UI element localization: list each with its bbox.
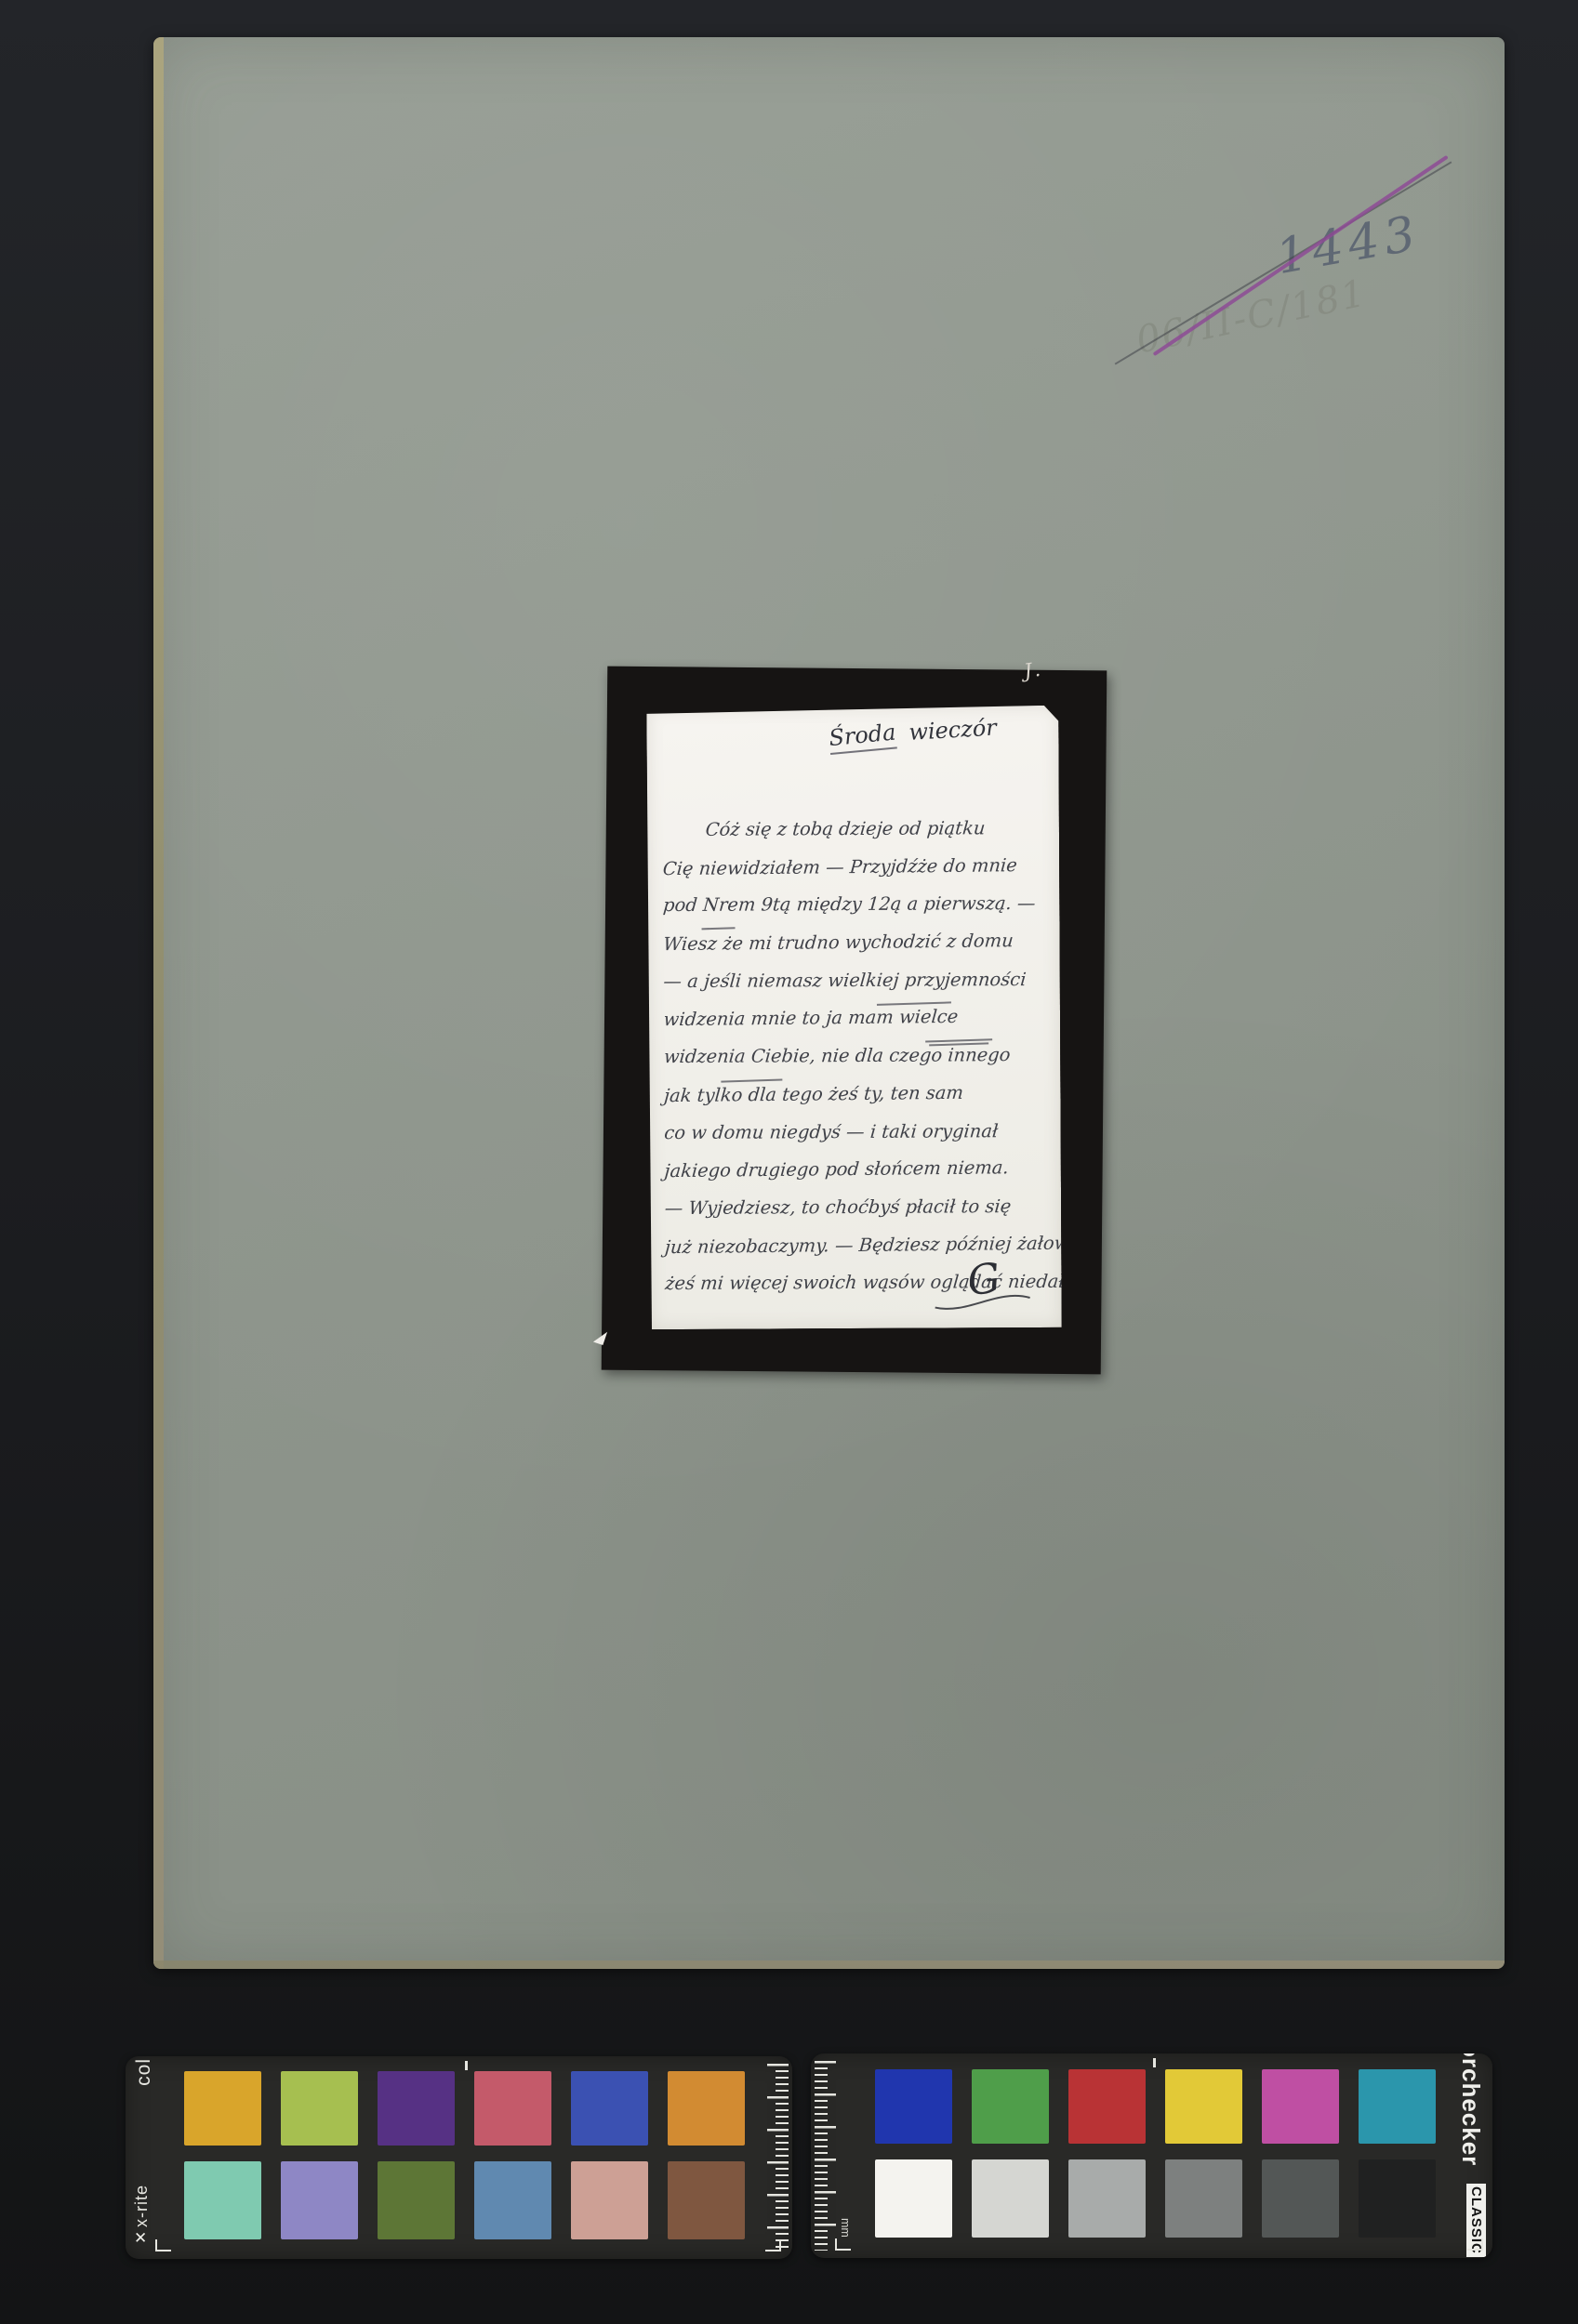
- letter-line: Cóż się z tobą dzieje od piątku: [660, 817, 1054, 857]
- letter-line: jakiego drugiego pod słońcem niema.: [662, 1156, 1056, 1198]
- color-patch: [1068, 2159, 1146, 2238]
- letter-photo: Środawieczór Cóż się z tobą dzieje od pi…: [646, 706, 1061, 1329]
- color-patch: [972, 2069, 1049, 2144]
- color-patch: [378, 2161, 455, 2239]
- patch-row: [184, 2161, 745, 2239]
- patch-row: [875, 2159, 1436, 2238]
- colorchecker-right-panel: mm orchecker CLASSIC: [811, 2053, 1492, 2258]
- color-patch: [1165, 2159, 1242, 2238]
- color-patch: [668, 2161, 745, 2239]
- color-patch: [1262, 2159, 1339, 2238]
- ruler-ticks: [815, 2061, 839, 2251]
- photographed-archive-page: 06/II-C/181 1443 J. Środawieczór Cóż się…: [0, 0, 1578, 2324]
- color-patch: [184, 2071, 261, 2146]
- letter-line: widzenia mnie to ja mam wielce: [661, 1005, 1055, 1047]
- letter-line: co w domu niegdyś — i taki oryginał: [662, 1119, 1056, 1159]
- color-patch: [571, 2071, 648, 2146]
- letter-heading-word2: wieczór: [908, 714, 998, 745]
- colorchecker-brand-fragment-right: orchecker: [1456, 2053, 1485, 2166]
- corner-bracket: [1467, 2238, 1483, 2251]
- color-patch: [571, 2161, 648, 2239]
- letter-line: widzenia Ciebie, nie dla czego innego: [662, 1044, 1056, 1084]
- color-patch: [875, 2069, 952, 2144]
- colorchecker-left-panel: col x-rite ✕: [126, 2056, 792, 2259]
- color-patch: [1068, 2069, 1146, 2144]
- registration-dash: [1153, 2058, 1156, 2067]
- color-patch: [474, 2071, 551, 2146]
- color-patch: [972, 2159, 1049, 2238]
- color-patch: [281, 2161, 358, 2239]
- corner-bracket: [765, 2239, 781, 2251]
- photo-mount: J. Środawieczór Cóż się z tobą dzieje od…: [602, 667, 1107, 1375]
- ruler-ticks: [764, 2064, 789, 2251]
- color-patch: [875, 2159, 952, 2238]
- letter-line: Wiesz że mi trudno wychodzić z domu: [661, 930, 1055, 971]
- letter-line: Cię niewidziałem — Przyjdźże do mnie: [661, 853, 1055, 895]
- board-edge-bottom: [153, 1961, 1505, 1969]
- color-patch: [668, 2071, 745, 2146]
- color-patch: [378, 2071, 455, 2146]
- mount-mark: J.: [1022, 657, 1044, 682]
- color-patch: [184, 2161, 261, 2239]
- color-patch: [474, 2161, 551, 2239]
- colorchecker-brand-fragment-left: col: [133, 2058, 155, 2086]
- board-edge-left: [153, 37, 164, 1969]
- letter-heading-word1: Środa: [828, 720, 897, 756]
- xrite-wordmark: x-rite: [132, 2185, 152, 2227]
- color-patch: [1262, 2069, 1339, 2144]
- letter-line: — Wyjedziesz, to choćbyś płacił to się: [662, 1195, 1056, 1235]
- ruler-unit-label: mm: [839, 2218, 852, 2238]
- xrite-logo-icon: ✕: [134, 2229, 147, 2248]
- letter-line: jak tylko dla tego żeś ty, ten sam: [662, 1081, 1056, 1123]
- letter-body: Cóż się z tobą dzieje od piątku Cię niew…: [662, 817, 1056, 1311]
- corner-bracket: [835, 2238, 851, 2251]
- signature-flourish: [932, 1287, 1034, 1315]
- color-patch: [1359, 2159, 1436, 2238]
- color-patch: [1359, 2069, 1436, 2144]
- corner-bracket: [155, 2239, 171, 2251]
- registration-dash: [465, 2061, 468, 2070]
- letter-line: — a jeśli niemasz wielkiej przyjemności: [661, 969, 1055, 1009]
- patch-row: [875, 2069, 1436, 2144]
- letter-heading: Środawieczór: [829, 714, 998, 753]
- color-patch: [1165, 2069, 1242, 2144]
- color-patch: [281, 2071, 358, 2146]
- patch-row: [184, 2071, 745, 2146]
